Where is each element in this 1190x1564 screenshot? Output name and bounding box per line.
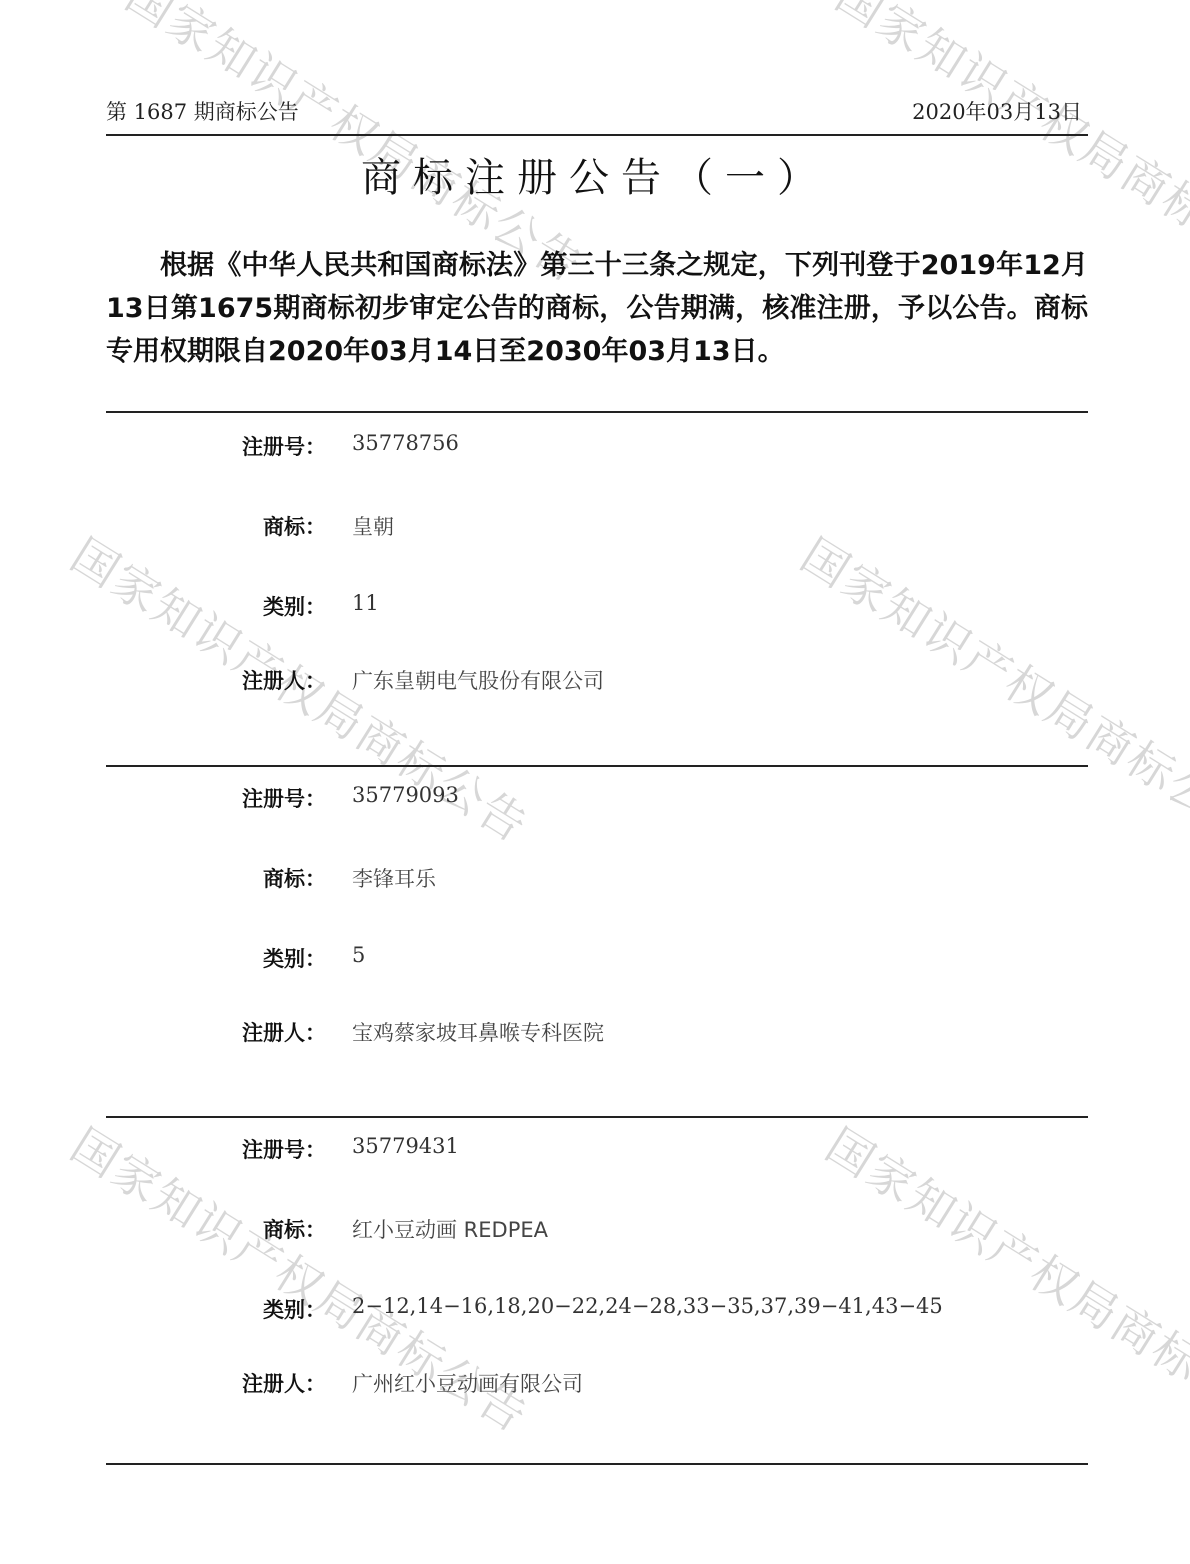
reg-no-label: 注册号： <box>242 431 326 461</box>
registrant-label: 注册人： <box>242 665 326 695</box>
reg-no-value: 35779093 <box>352 783 459 807</box>
mark-label: 商标： <box>263 511 326 541</box>
intro-paragraph: 根据《中华人民共和国商标法》第三十三条之规定，下列刊登于2019年12月13日第… <box>106 244 1088 373</box>
reg-no-row: 注册号： 35779093 <box>0 783 1190 813</box>
mark-label: 商标： <box>263 863 326 893</box>
registrant-value: 广州红小豆动画有限公司 <box>352 1368 583 1398</box>
class-value: 5 <box>352 943 365 967</box>
reg-no-label: 注册号： <box>242 1134 326 1164</box>
mark-value: 红小豆动画 REDPEA <box>352 1214 548 1244</box>
registrant-label: 注册人： <box>242 1368 326 1398</box>
registrant-value: 宝鸡蔡家坡耳鼻喉专科医院 <box>352 1017 604 1047</box>
class-value: 2−12,14−16,18,20−22,24−28,33−35,37,39−41… <box>352 1294 943 1318</box>
registrant-label: 注册人： <box>242 1017 326 1047</box>
registrant-row: 注册人： 广东皇朝电气股份有限公司 <box>0 665 1190 695</box>
class-label: 类别： <box>263 591 326 621</box>
reg-no-value: 35779431 <box>352 1134 459 1158</box>
mark-value: 李锋耳乐 <box>352 863 436 893</box>
mark-row: 商标： 李锋耳乐 <box>0 863 1190 893</box>
record-divider <box>106 411 1088 413</box>
mark-row: 商标： 红小豆动画 REDPEA <box>0 1214 1190 1244</box>
header-divider <box>106 134 1088 136</box>
registrant-row: 注册人： 宝鸡蔡家坡耳鼻喉专科医院 <box>0 1017 1190 1047</box>
page-end-divider <box>106 1463 1088 1465</box>
issue-date: 2020年03月13日 <box>912 96 1082 126</box>
issue-number: 第 1687 期商标公告 <box>106 96 299 126</box>
class-row: 类别： 5 <box>0 943 1190 973</box>
registrant-value: 广东皇朝电气股份有限公司 <box>352 665 604 695</box>
gazette-page: 国家知识产权局商标公告 国家知识产权局商标公告 国家知识产权局商标公告 国家知识… <box>0 0 1190 1564</box>
class-value: 11 <box>352 591 379 615</box>
class-row: 类别： 11 <box>0 591 1190 621</box>
reg-no-label: 注册号： <box>242 783 326 813</box>
class-label: 类别： <box>263 1294 326 1324</box>
record-divider <box>106 765 1088 767</box>
registrant-row: 注册人： 广州红小豆动画有限公司 <box>0 1368 1190 1398</box>
class-label: 类别： <box>263 943 326 973</box>
reg-no-row: 注册号： 35779431 <box>0 1134 1190 1164</box>
mark-label: 商标： <box>263 1214 326 1244</box>
mark-value: 皇朝 <box>352 511 394 541</box>
mark-row: 商标： 皇朝 <box>0 511 1190 541</box>
page-title: 商标注册公告（一） <box>0 146 1190 203</box>
class-row: 类别： 2−12,14−16,18,20−22,24−28,33−35,37,3… <box>0 1294 1190 1324</box>
reg-no-value: 35778756 <box>352 431 459 455</box>
record-divider <box>106 1116 1088 1118</box>
reg-no-row: 注册号： 35778756 <box>0 431 1190 461</box>
